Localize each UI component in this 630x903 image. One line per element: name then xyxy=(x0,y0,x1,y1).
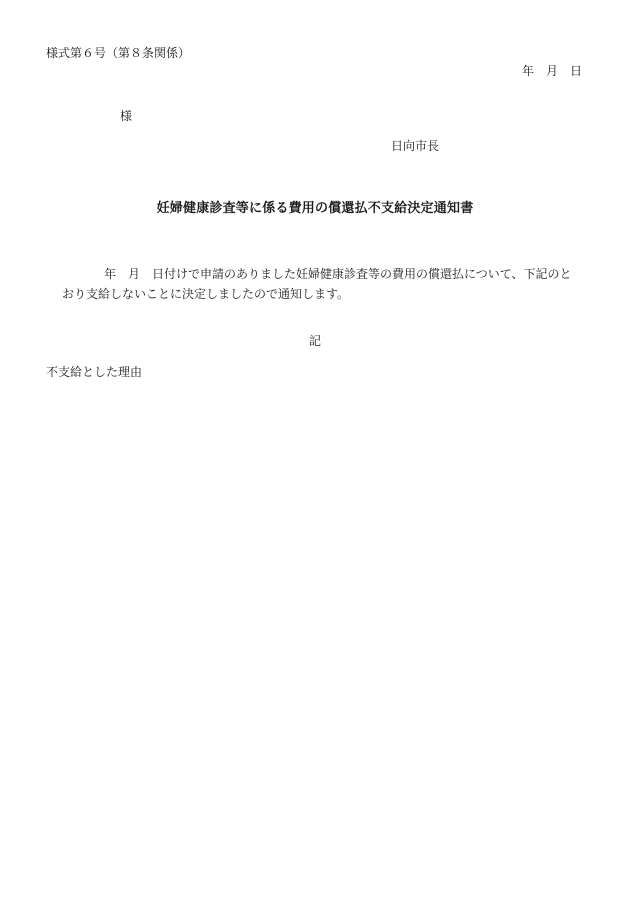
body-line2-text: おり支給しないことに決定しましたので通知します。 xyxy=(46,284,586,304)
body-paragraph: 年月日付けで申請のありました妊婦健康診査等の費用の償還払について、下記のと おり… xyxy=(46,264,586,304)
date-day-label: 日 xyxy=(570,64,582,78)
issuer-name: 日向市長 xyxy=(391,139,439,153)
date-year-label: 年 xyxy=(522,64,534,78)
note-mark: 記 xyxy=(309,334,321,348)
document-title: 妊婦健康診査等に係る費用の償還払不支給決定通知書 xyxy=(0,202,630,216)
body-year-label: 年 xyxy=(104,267,116,281)
body-month-label: 月 xyxy=(128,267,140,281)
form-number: 様式第６号（第８条関係） xyxy=(46,46,190,60)
date-month-label: 月 xyxy=(546,64,558,78)
reason-label: 不支給とした理由 xyxy=(46,365,142,379)
issue-date: 年月日 xyxy=(522,64,582,78)
body-line1-text: 日付けで申請のありました妊婦健康診査等の費用の償還払について、下記のと xyxy=(152,267,572,281)
recipient-suffix: 様 xyxy=(120,109,132,123)
